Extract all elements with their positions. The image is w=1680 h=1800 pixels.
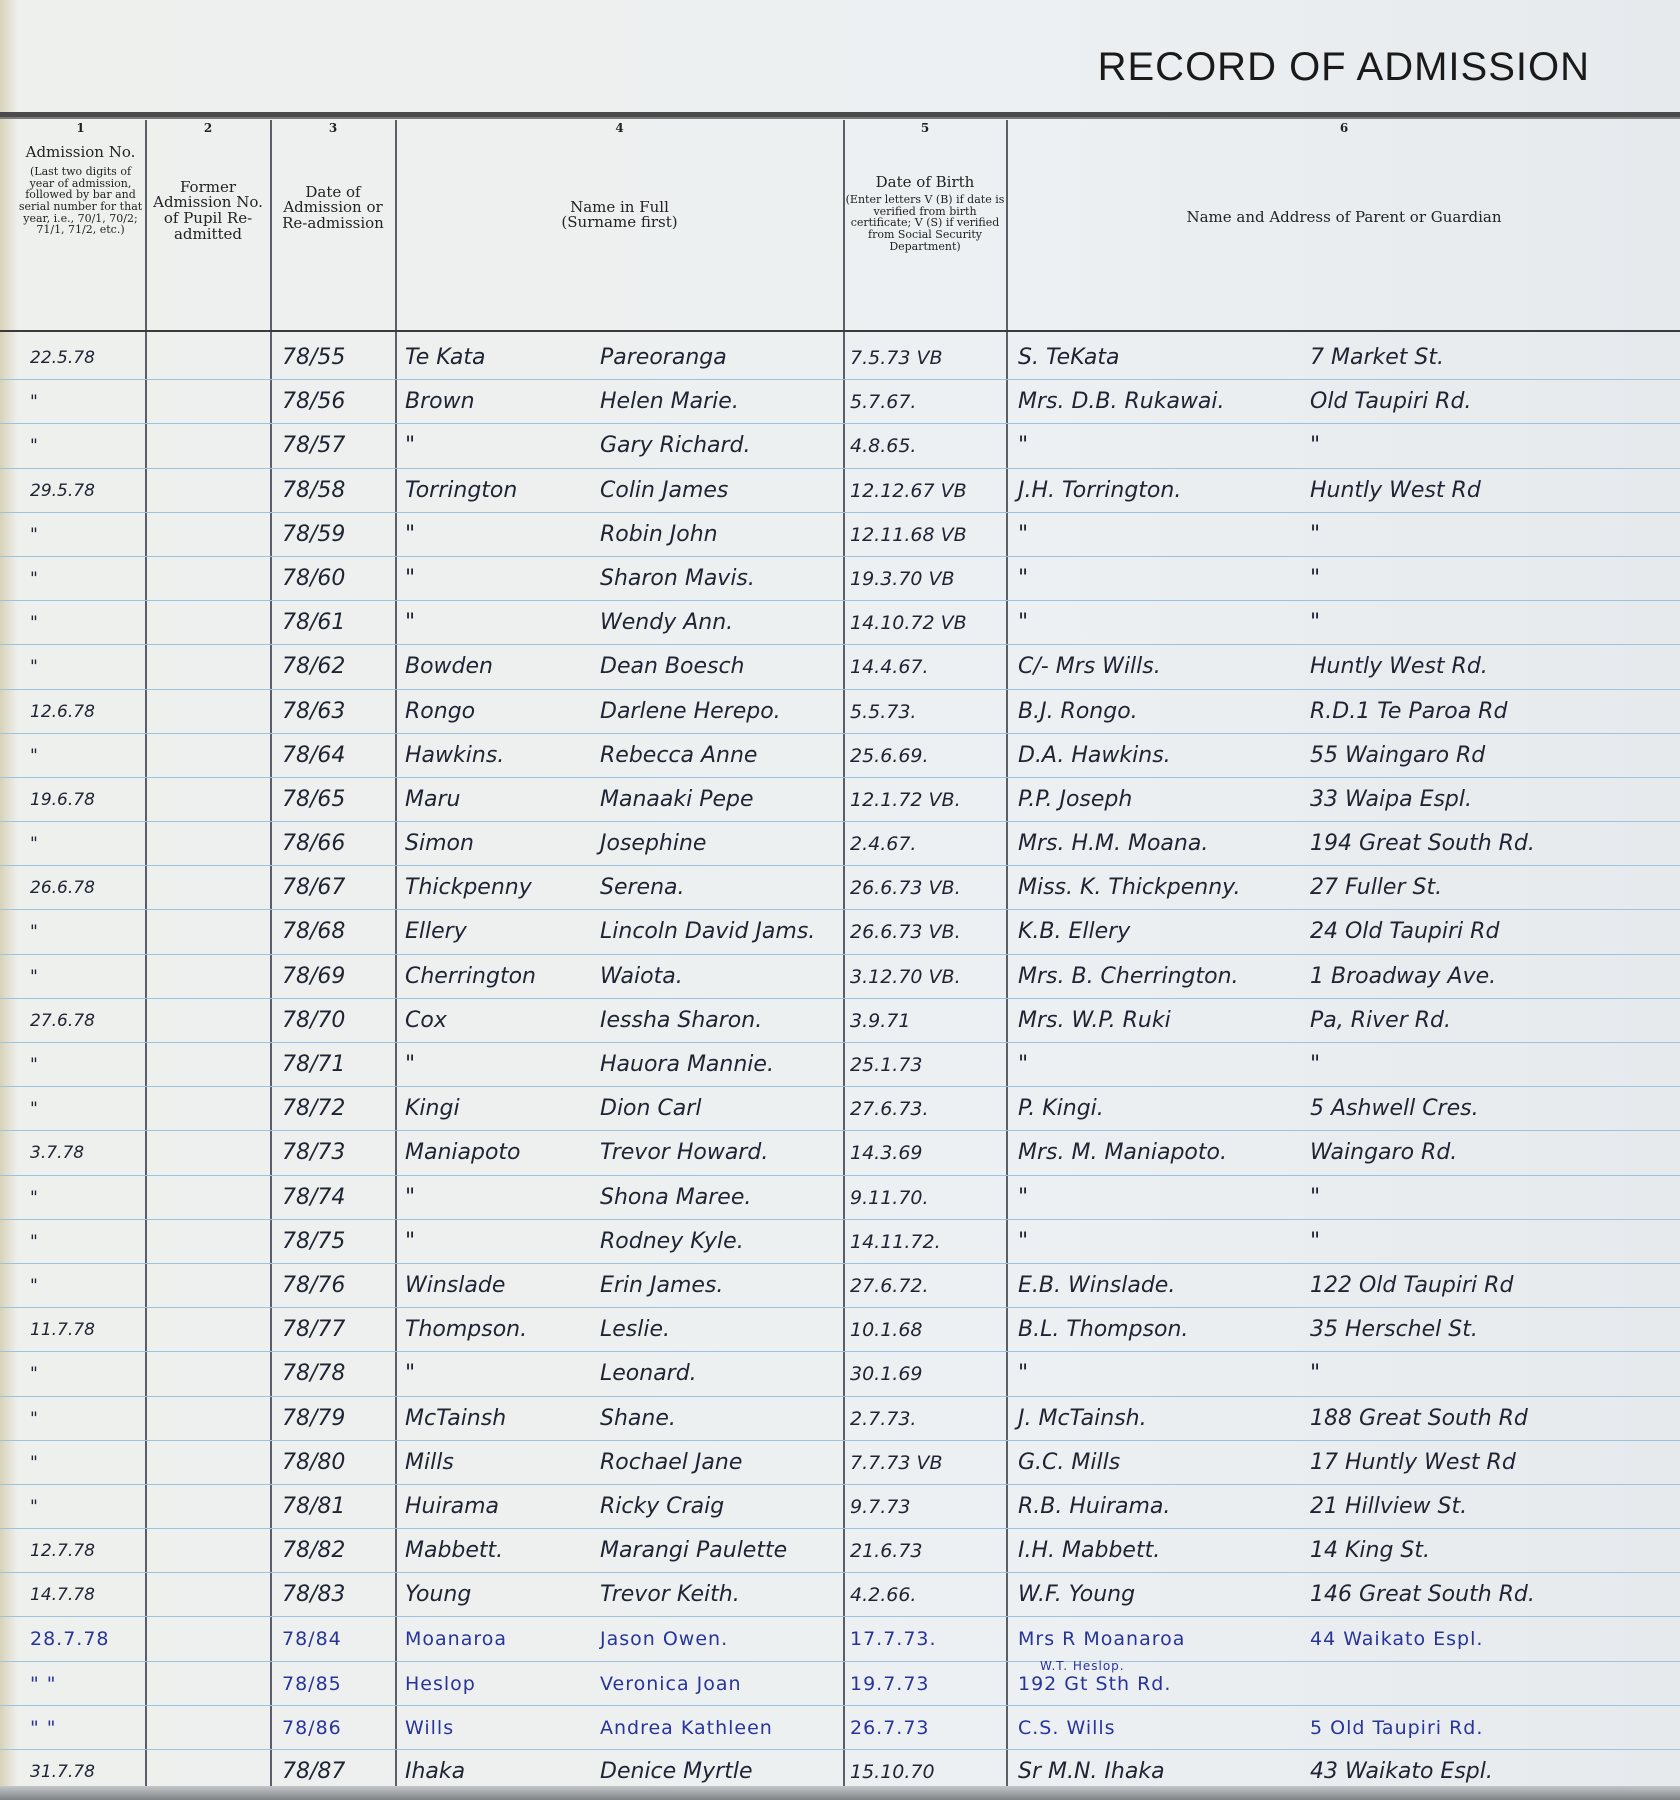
parent-name: B.J. Rongo. [1018,694,1288,730]
given-names: Serena. [600,870,845,906]
date-of-birth: 9.11.70. [850,1180,1005,1216]
surname: Hawkins. [405,738,585,774]
admission-date: " [30,1268,140,1304]
parent-address: 1 Broadway Ave. [1310,959,1680,995]
given-names: Andrea Kathleen [600,1710,845,1746]
admission-date: 14.7.78 [30,1577,140,1613]
column-header-date-of-admission: 3 Date of Admission or Re-admission [272,122,394,327]
date-of-birth: 4.8.65. [850,428,1005,464]
page-title: RECORD OF ADMISSION [1098,45,1590,90]
table-row: "78/78"Leonard.30.1.69"" [0,1352,1680,1396]
admission-number: 78/58 [282,473,392,509]
column-heading: Former Admission No. of Pupil Re-admitte… [147,180,269,243]
parent-name: " [1018,561,1288,597]
parent-address: 188 Great South Rd [1310,1401,1680,1437]
given-names: Waiota. [600,959,845,995]
admission-date: 27.6.78 [30,1003,140,1039]
admission-number: 78/85 [282,1666,392,1702]
parent-address: " [1310,1047,1680,1083]
admission-number: 78/84 [282,1621,392,1657]
surname: Rongo [405,694,585,730]
given-names: Colin James [600,473,845,509]
given-names: Pareoranga [600,340,845,376]
table-row: "78/68ElleryLincoln David Jams.26.6.73 V… [0,910,1680,954]
admission-number: 78/65 [282,782,392,818]
date-of-birth: 3.12.70 VB. [850,959,1005,995]
admission-number: 78/64 [282,738,392,774]
parent-name: Mrs. D.B. Rukawai. [1018,384,1288,420]
parent-name: W.F. Young [1018,1577,1288,1613]
parent-name: Miss. K. Thickpenny. [1018,870,1288,906]
admission-date: 19.6.78 [30,782,140,818]
given-names: Manaaki Pepe [600,782,845,818]
table-row: "78/80MillsRochael Jane7.7.73 VBG.C. Mil… [0,1441,1680,1485]
parent-address: 14 King St. [1310,1533,1680,1569]
given-names: Lincoln David Jams. [600,914,845,950]
column-heading: Admission No. [18,145,143,161]
admission-date: " [30,1180,140,1216]
admission-date: " [30,1047,140,1083]
admission-number: 78/70 [282,1003,392,1039]
given-names: Hauora Mannie. [600,1047,845,1083]
table-row: "78/81HuiramaRicky Craig9.7.73R.B. Huira… [0,1485,1680,1529]
admission-date: " [30,1445,140,1481]
date-of-birth: 4.2.66. [850,1577,1005,1613]
date-of-birth: 25.1.73 [850,1047,1005,1083]
parent-name: G.C. Mills [1018,1445,1288,1481]
date-of-birth: 7.7.73 VB [850,1445,1005,1481]
admission-date: " [30,914,140,950]
admission-date: 3.7.78 [30,1135,140,1171]
admission-date: " [30,1401,140,1437]
admission-date: " [30,1224,140,1260]
admission-date: " [30,517,140,553]
date-of-birth: 7.5.73 VB [850,340,1005,376]
admission-number: 78/78 [282,1356,392,1392]
admission-date: " [30,1091,140,1127]
surname: Thickpenny [405,870,585,906]
surname: Torrington [405,473,585,509]
parent-address: " [1310,561,1680,597]
column-number: 4 [397,122,842,135]
parent-address: Pa, River Rd. [1310,1003,1680,1039]
admission-number: 78/87 [282,1754,392,1790]
admission-date: 12.6.78 [30,694,140,730]
table-row: "78/79McTainshShane.2.7.73.J. McTainsh.1… [0,1397,1680,1441]
surname: " [405,1047,585,1083]
admission-date: 28.7.78 [30,1621,140,1657]
surname: Wills [405,1710,585,1746]
table-row: 27.6.7878/70CoxIessha Sharon.3.9.71Mrs. … [0,999,1680,1043]
admission-date: " [30,561,140,597]
admission-register-page: RECORD OF ADMISSION 1 Admission No. (Las… [0,0,1680,1800]
parent-address: Huntly West Rd [1310,473,1680,509]
parent-name: " [1018,517,1288,553]
parent-address: 194 Great South Rd. [1310,826,1680,862]
table-row: 29.5.7878/58TorringtonColin James12.12.6… [0,469,1680,513]
parent-address: 27 Fuller St. [1310,870,1680,906]
table-row: 3.7.7878/73ManiapotoTrevor Howard.14.3.6… [0,1131,1680,1175]
given-names: Helen Marie. [600,384,845,420]
parent-address: 21 Hillview St. [1310,1489,1680,1525]
admission-date: 29.5.78 [30,473,140,509]
date-of-birth: 14.3.69 [850,1135,1005,1171]
column-number: 2 [147,122,269,135]
parent-name: C/- Mrs Wills. [1018,649,1288,685]
parent-address: 35 Herschel St. [1310,1312,1680,1348]
parent-address: 17 Huntly West Rd [1310,1445,1680,1481]
column-header-former-admission: 2 Former Admission No. of Pupil Re-admit… [147,122,269,327]
admission-number: 78/82 [282,1533,392,1569]
date-of-birth: 21.6.73 [850,1533,1005,1569]
given-names: Erin James. [600,1268,845,1304]
parent-address: Waingaro Rd. [1310,1135,1680,1171]
surname: Huirama [405,1489,585,1525]
column-header-admission-no: 1 Admission No. (Last two digits of year… [18,122,143,327]
table-row: "78/69CherringtonWaiota.3.12.70 VB.Mrs. … [0,955,1680,999]
parent-address: 44 Waikato Espl. [1310,1621,1680,1657]
admission-number: 78/57 [282,428,392,464]
parent-name: I.H. Mabbett. [1018,1533,1288,1569]
given-names: Leonard. [600,1356,845,1392]
parent-name: Sr M.N. Ihaka [1018,1754,1288,1790]
given-names: Robin John [600,517,845,553]
admission-number: 78/72 [282,1091,392,1127]
given-names: Veronica Joan [600,1666,845,1702]
column-number: 1 [18,122,143,135]
parent-address: Old Taupiri Rd. [1310,384,1680,420]
parent-name: " [1018,605,1288,641]
surname: Maru [405,782,585,818]
table-row: "78/59"Robin John12.11.68 VB"" [0,513,1680,557]
given-names: Sharon Mavis. [600,561,845,597]
surname: Te Kata [405,340,585,376]
given-names: Shane. [600,1401,845,1437]
surname: " [405,605,585,641]
table-row: "78/76WinsladeErin James.27.6.72.E.B. Wi… [0,1264,1680,1308]
given-names: Rebecca Anne [600,738,845,774]
given-names: Ricky Craig [600,1489,845,1525]
surname: Ellery [405,914,585,950]
admission-number: 78/77 [282,1312,392,1348]
surname: " [405,428,585,464]
admission-date: " " [30,1666,140,1702]
column-heading: Date of Admission or Re-admission [272,185,394,232]
table-row: "78/66SimonJosephine2.4.67.Mrs. H.M. Moa… [0,822,1680,866]
admission-number: 78/75 [282,1224,392,1260]
surname: Brown [405,384,585,420]
table-row: " "78/86WillsAndrea Kathleen26.7.73C.S. … [0,1706,1680,1750]
parent-name: E.B. Winslade. [1018,1268,1288,1304]
surname: " [405,1180,585,1216]
date-of-birth: 12.1.72 VB. [850,782,1005,818]
header-bottom-rule [0,330,1680,332]
admission-number: 78/61 [282,605,392,641]
date-of-birth: 2.4.67. [850,826,1005,862]
given-names: Trevor Keith. [600,1577,845,1613]
parent-name: " [1018,428,1288,464]
table-row: 12.7.7878/82Mabbett.Marangi Paulette21.6… [0,1529,1680,1573]
given-names: Dion Carl [600,1091,845,1127]
table-row: 28.7.7878/84MoanaroaJason Owen.17.7.73.M… [0,1617,1680,1661]
given-names: Rodney Kyle. [600,1224,845,1260]
parent-name: R.B. Huirama. [1018,1489,1288,1525]
given-names: Shona Maree. [600,1180,845,1216]
parent-address: 5 Ashwell Cres. [1310,1091,1680,1127]
admission-table: 22.5.7878/55Te KataPareoranga7.5.73 VBS.… [0,336,1680,1794]
column-header-parent-guardian: 6 Name and Address of Parent or Guardian [1008,122,1680,327]
admission-number: 78/63 [282,694,392,730]
parent-address: 43 Waikato Espl. [1310,1754,1680,1790]
header-top-rule [0,112,1680,119]
table-row: "78/71"Hauora Mannie.25.1.73"" [0,1043,1680,1087]
column-number: 6 [1008,122,1680,135]
parent-address: 55 Waingaro Rd [1310,738,1680,774]
date-of-birth: 26.6.73 VB. [850,914,1005,950]
admission-number: 78/66 [282,826,392,862]
date-of-birth: 15.10.70 [850,1754,1005,1790]
surname: Heslop [405,1666,585,1702]
table-row: "78/60"Sharon Mavis.19.3.70 VB"" [0,557,1680,601]
admission-date: " " [30,1710,140,1746]
admission-number: 78/81 [282,1489,392,1525]
parent-name: " [1018,1224,1288,1260]
date-of-birth: 14.11.72. [850,1224,1005,1260]
parent-note: W.T. Heslop. [1040,1648,1125,1684]
parent-name: P.P. Joseph [1018,782,1288,818]
given-names: Josephine [600,826,845,862]
date-of-birth: 5.5.73. [850,694,1005,730]
table-row: 22.5.7878/55Te KataPareoranga7.5.73 VBS.… [0,336,1680,380]
surname: " [405,517,585,553]
parent-address: 7 Market St. [1310,340,1680,376]
table-row: "78/61"Wendy Ann.14.10.72 VB"" [0,601,1680,645]
date-of-birth: 14.10.72 VB [850,605,1005,641]
table-row: "78/56BrownHelen Marie.5.7.67.Mrs. D.B. … [0,380,1680,424]
admission-number: 78/86 [282,1710,392,1746]
table-row: 12.6.7878/63RongoDarlene Herepo.5.5.73.B… [0,690,1680,734]
admission-number: 78/68 [282,914,392,950]
admission-date: " [30,1489,140,1525]
table-row: 14.7.7878/83YoungTrevor Keith.4.2.66.W.F… [0,1573,1680,1617]
surname: " [405,1356,585,1392]
admission-date: " [30,649,140,685]
date-of-birth: 19.3.70 VB [850,561,1005,597]
date-of-birth: 3.9.71 [850,1003,1005,1039]
parent-name: " [1018,1047,1288,1083]
admission-date: " [30,959,140,995]
given-names: Rochael Jane [600,1445,845,1481]
parent-name: Mrs. W.P. Ruki [1018,1003,1288,1039]
admission-number: 78/55 [282,340,392,376]
parent-address: 146 Great South Rd. [1310,1577,1680,1613]
parent-name: Mrs. H.M. Moana. [1018,826,1288,862]
column-note: (Enter letters V (B) if date is verified… [845,194,1005,252]
surname: Mabbett. [405,1533,585,1569]
admission-number: 78/79 [282,1401,392,1437]
given-names: Gary Richard. [600,428,845,464]
admission-number: 78/59 [282,517,392,553]
date-of-birth: 12.11.68 VB [850,517,1005,553]
admission-date: 22.5.78 [30,340,140,376]
column-note: (Surname first) [397,215,842,231]
column-note: (Last two digits of year of admission, f… [18,166,143,235]
parent-address: " [1310,428,1680,464]
date-of-birth: 27.6.72. [850,1268,1005,1304]
date-of-birth: 14.4.67. [850,649,1005,685]
parent-address: " [1310,1356,1680,1392]
admission-date: " [30,738,140,774]
parent-address: 24 Old Taupiri Rd [1310,914,1680,950]
table-row: "78/64Hawkins.Rebecca Anne25.6.69.D.A. H… [0,734,1680,778]
date-of-birth: 5.7.67. [850,384,1005,420]
admission-number: 78/56 [282,384,392,420]
surname: Young [405,1577,585,1613]
parent-name: " [1018,1356,1288,1392]
date-of-birth: 10.1.68 [850,1312,1005,1348]
surname: Mills [405,1445,585,1481]
parent-name: J.H. Torrington. [1018,473,1288,509]
date-of-birth: 25.6.69. [850,738,1005,774]
date-of-birth: 17.7.73. [850,1621,1005,1657]
parent-address: " [1310,1180,1680,1216]
column-number: 5 [845,122,1005,135]
surname: Simon [405,826,585,862]
admission-number: 78/67 [282,870,392,906]
table-row: "78/72KingiDion Carl27.6.73.P. Kingi.5 A… [0,1087,1680,1131]
column-header-name-in-full: 4 Name in Full (Surname first) [397,122,842,327]
table-row: "78/57"Gary Richard.4.8.65."" [0,424,1680,468]
admission-number: 78/74 [282,1180,392,1216]
surname: Moanaroa [405,1621,585,1657]
parent-address: " [1310,1224,1680,1260]
surname: Maniapoto [405,1135,585,1171]
admission-date: 31.7.78 [30,1754,140,1790]
table-row: "78/75"Rodney Kyle.14.11.72."" [0,1220,1680,1264]
admission-date: 11.7.78 [30,1312,140,1348]
given-names: Iessha Sharon. [600,1003,845,1039]
admission-date: 12.7.78 [30,1533,140,1569]
date-of-birth: 2.7.73. [850,1401,1005,1437]
parent-name: " [1018,1180,1288,1216]
table-row: "78/74"Shona Maree.9.11.70."" [0,1176,1680,1220]
parent-address: 5 Old Taupiri Rd. [1310,1710,1680,1746]
parent-address: " [1310,517,1680,553]
admission-number: 78/80 [282,1445,392,1481]
date-of-birth: 19.7.73 [850,1666,1005,1702]
parent-name: J. McTainsh. [1018,1401,1288,1437]
date-of-birth: 26.6.73 VB. [850,870,1005,906]
parent-name: K.B. Ellery [1018,914,1288,950]
admission-number: 78/73 [282,1135,392,1171]
parent-name: S. TeKata [1018,340,1288,376]
admission-number: 78/83 [282,1577,392,1613]
parent-address: Huntly West Rd. [1310,649,1680,685]
given-names: Denice Myrtle [600,1754,845,1790]
date-of-birth: 30.1.69 [850,1356,1005,1392]
parent-name: C.S. Wills [1018,1710,1288,1746]
admission-date: " [30,1356,140,1392]
surname: Winslade [405,1268,585,1304]
date-of-birth: 9.7.73 [850,1489,1005,1525]
admission-date: " [30,826,140,862]
admission-number: 78/62 [282,649,392,685]
parent-address: R.D.1 Te Paroa Rd [1310,694,1680,730]
surname: Bowden [405,649,585,685]
surname: Cherrington [405,959,585,995]
parent-name: Mrs. B. Cherrington. [1018,959,1288,995]
date-of-birth: 27.6.73. [850,1091,1005,1127]
date-of-birth: 12.12.67 VB [850,473,1005,509]
given-names: Trevor Howard. [600,1135,845,1171]
column-heading: Date of Birth [845,175,1005,191]
table-row: 26.6.7878/67ThickpennySerena.26.6.73 VB.… [0,866,1680,910]
given-names: Marangi Paulette [600,1533,845,1569]
table-row: 11.7.7878/77Thompson.Leslie.10.1.68B.L. … [0,1308,1680,1352]
parent-address: 33 Waipa Espl. [1310,782,1680,818]
surname: Ihaka [405,1754,585,1790]
column-heading: Name and Address of Parent or Guardian [1008,210,1680,226]
table-row: 19.6.7878/65MaruManaaki Pepe12.1.72 VB.P… [0,778,1680,822]
admission-date: " [30,605,140,641]
given-names: Darlene Herepo. [600,694,845,730]
parent-name: D.A. Hawkins. [1018,738,1288,774]
parent-name: B.L. Thompson. [1018,1312,1288,1348]
given-names: Jason Owen. [600,1621,845,1657]
table-row: "78/62BowdenDean Boesch14.4.67.C/- Mrs W… [0,645,1680,689]
admission-number: 78/60 [282,561,392,597]
surname: McTainsh [405,1401,585,1437]
given-names: Wendy Ann. [600,605,845,641]
given-names: Leslie. [600,1312,845,1348]
admission-number: 78/71 [282,1047,392,1083]
given-names: Dean Boesch [600,649,845,685]
admission-number: 78/76 [282,1268,392,1304]
surname: Thompson. [405,1312,585,1348]
surname: " [405,561,585,597]
page-edge [0,1786,1680,1800]
surname: Kingi [405,1091,585,1127]
parent-name: Mrs. M. Maniapoto. [1018,1135,1288,1171]
admission-date: 26.6.78 [30,870,140,906]
parent-address: " [1310,605,1680,641]
surname: Cox [405,1003,585,1039]
admission-date: " [30,384,140,420]
parent-address: 122 Old Taupiri Rd [1310,1268,1680,1304]
admission-date: " [30,428,140,464]
parent-name: P. Kingi. [1018,1091,1288,1127]
date-of-birth: 26.7.73 [850,1710,1005,1746]
column-number: 3 [272,122,394,135]
table-row: " "78/85HeslopVeronica Joan19.7.73192 Gt… [0,1662,1680,1706]
admission-number: 78/69 [282,959,392,995]
column-header-date-of-birth: 5 Date of Birth (Enter letters V (B) if … [845,122,1005,327]
surname: " [405,1224,585,1260]
